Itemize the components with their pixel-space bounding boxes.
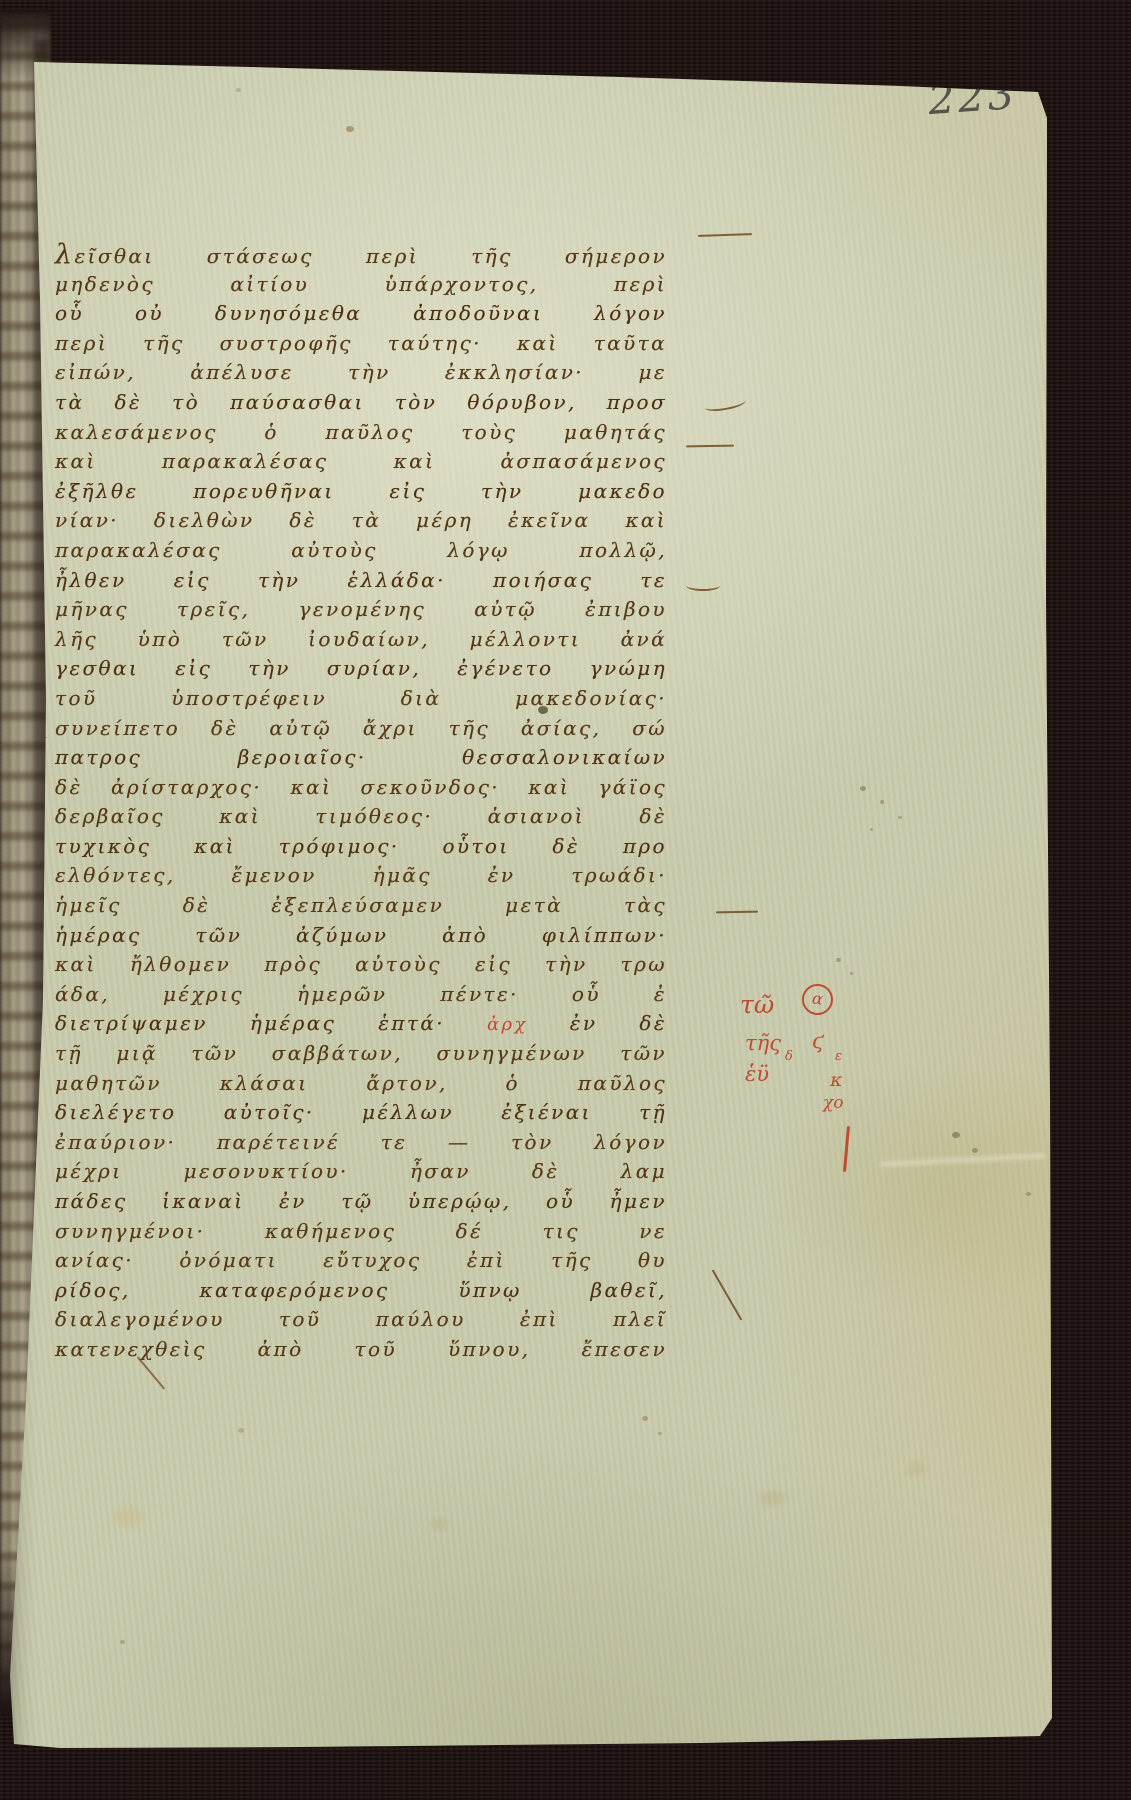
line-text: μέχρι μεσονυκτίου· ἦσαν δὲ λαμ xyxy=(55,1159,667,1183)
stain-spot xyxy=(120,1640,125,1644)
line-text: νίαν· διελθὼν δὲ τὰ μέρη ἐκεῖνα καὶ xyxy=(55,508,667,532)
lection-note-word: χο xyxy=(823,1095,844,1112)
stain-spot xyxy=(850,972,853,975)
lection-note-word: τῶ xyxy=(740,992,774,1017)
line-text: ἐν δὲ xyxy=(570,1011,667,1035)
line-text: μῆνας τρεῖς, γενομένης αὐτῷ ἐπιβου xyxy=(55,597,667,621)
manuscript-line: ἐξῆλθε πορευθῆναι εἰς τὴν μακεδο xyxy=(55,477,667,507)
stain-spot xyxy=(870,828,873,831)
manuscript-line: μέχρι μεσονυκτίου· ἦσαν δὲ λαμ xyxy=(55,1157,667,1187)
manuscript-line: λεῖσθαι στάσεως περὶ τῆς σήμερον xyxy=(55,240,667,270)
line-text: ἡμέρας τῶν ἀζύμων ἀπὸ φιλίππων· xyxy=(55,923,667,947)
manuscript-line: τῇ μιᾷ τῶν σαββάτων, συνηγμένων τῶν xyxy=(55,1039,667,1069)
lection-note-word: ϛ xyxy=(812,1031,824,1052)
manuscript-line: δὲ ἀρίσταρχος· καὶ σεκοῦνδος· καὶ γάϊος xyxy=(55,773,667,803)
manuscript-line: διετρίψαμεν ἡμέρας ἑπτά· ἀρχ ἐν δὲ xyxy=(55,1009,667,1039)
pen-flourish xyxy=(703,394,746,413)
manuscript-line: μῆνας τρεῖς, γενομένης αὐτῷ ἐπιβου xyxy=(55,595,667,625)
line-text: συνηγμένοι· καθήμενος δέ τις νε xyxy=(55,1219,667,1243)
lection-note-word: κ xyxy=(830,1071,842,1090)
line-text: δὲ ἀρίσταρχος· καὶ σεκοῦνδος· καὶ γάϊος xyxy=(55,775,667,799)
parchment-crease xyxy=(880,1154,1045,1167)
line-text: καὶ ἤλθομεν πρὸς αὐτοὺς εἰς τὴν τρω xyxy=(55,952,667,976)
line-text: καλεσάμενος ὁ παῦλος τοὺς μαθητάς xyxy=(55,420,667,444)
stain-spot xyxy=(880,800,884,804)
manuscript-line: ἐπαύριον· παρέτεινέ τε — τὸν λόγον xyxy=(55,1128,667,1158)
line-text: συνείπετο δὲ αὐτῷ ἄχρι τῆς ἀσίας, σώ xyxy=(55,716,667,740)
stain-spot xyxy=(898,816,902,819)
line-text: λῆς ὑπὸ τῶν ἰουδαίων, μέλλοντι ἀνά xyxy=(55,627,667,651)
stain-spot xyxy=(346,126,354,132)
stain-spot xyxy=(972,1148,978,1153)
pen-flourish xyxy=(686,580,720,591)
pen-flourish xyxy=(686,445,734,448)
manuscript-line: τυχικὸς καὶ τρόφιμος· οὗτοι δὲ προ xyxy=(55,832,667,862)
manuscript-line: άδα, μέχρις ἡμερῶν πέντε· οὗ ἐ xyxy=(55,980,667,1010)
manuscript-line: πάδες ἱκαναὶ ἐν τῷ ὑπερῴῳ, οὗ ἦμεν xyxy=(55,1187,667,1217)
line-text: παρακαλέσας αὐτοὺς λόγῳ πολλῷ, xyxy=(55,538,667,562)
line-text: γεσθαι εἰς τὴν συρίαν, ἐγένετο γνώμη xyxy=(55,656,667,680)
parchment-leaf: 223 λεῖσθαι στάσεως περὶ τῆς σήμερονμηδε… xyxy=(0,0,1131,1800)
manuscript-line: οὗ οὐ δυνησόμεθα ἀποδοῦναι λόγον xyxy=(55,299,667,329)
stain-spot xyxy=(236,88,241,92)
manuscript-line: καλεσάμενος ὁ παῦλος τοὺς μαθητάς xyxy=(55,418,667,448)
manuscript-line: τοῦ ὑποστρέφειν διὰ μακεδονίας· xyxy=(55,684,667,714)
manuscript-line: διαλεγομένου τοῦ παύλου ἐπὶ πλεῖ xyxy=(55,1305,667,1335)
stain-spot xyxy=(906,1462,926,1476)
line-text: δερβαῖος καὶ τιμόθεος· ἀσιανοὶ δὲ xyxy=(55,804,667,828)
line-text: ελθόντες, ἔμενον ἡμᾶς ἐν τρωάδι· xyxy=(55,863,667,887)
pen-flourish xyxy=(712,1269,743,1320)
text-block: λεῖσθαι στάσεως περὶ τῆς σήμερονμηδενὸς … xyxy=(55,240,667,1365)
line-text: ἦλθεν εἰς τὴν ἑλλάδα· ποιήσας τε xyxy=(55,568,667,592)
lection-note-word: ἑϋ xyxy=(745,1064,769,1085)
line-text: πατρος βεροιαῖος· θεσσαλονικαίων xyxy=(55,745,667,769)
line-text: κατενεχθεὶς ἀπὸ τοῦ ὕπνου, ἔπεσεν xyxy=(55,1337,667,1361)
line-text: μηδενὸς αἰτίου ὑπάρχοντος, περὶ xyxy=(55,272,667,296)
line-text: διαλεγομένου τοῦ παύλου ἐπὶ πλεῖ xyxy=(55,1307,667,1331)
manuscript-line: νίαν· διελθὼν δὲ τὰ μέρη ἐκεῖνα καὶ xyxy=(55,506,667,536)
manuscript-line: ἦλθεν εἰς τὴν ἑλλάδα· ποιήσας τε xyxy=(55,566,667,596)
stain-spot xyxy=(430,1518,448,1530)
lection-note-word: ε xyxy=(835,1050,842,1063)
stain-spot xyxy=(836,958,841,962)
line-text: πάδες ἱκαναὶ ἐν τῷ ὑπερῴῳ, οὗ ἦμεν xyxy=(55,1189,667,1213)
pen-flourish xyxy=(716,911,758,914)
manuscript-line: ελθόντες, ἔμενον ἡμᾶς ἐν τρωάδι· xyxy=(55,861,667,891)
manuscript-line: περὶ τῆς συστροφῆς ταύτης· καὶ ταῦτα xyxy=(55,329,667,359)
line-text: ἐπαύριον· παρέτεινέ τε — τὸν λόγον xyxy=(55,1130,667,1154)
manuscript-line: μηδενὸς αἰτίου ὑπάρχοντος, περὶ xyxy=(55,270,667,300)
manuscript-line: δερβαῖος καὶ τιμόθεος· ἀσιανοὶ δὲ xyxy=(55,802,667,832)
stain-spot xyxy=(642,1416,648,1421)
manuscript-line: εἰπών, ἀπέλυσε τὴν ἐκκλησίαν· με xyxy=(55,358,667,388)
manuscript-line: τὰ δὲ τὸ παύσασθαι τὸν θόρυβον, προσ xyxy=(55,388,667,418)
line-text: διελέγετο αὐτοῖς· μέλλων ἐξιέναι τῇ xyxy=(55,1100,667,1124)
line-text: άδα, μέχρις ἡμερῶν πέντε· οὗ ἐ xyxy=(55,982,667,1006)
manuscript-line: ἡμέρας τῶν ἀζύμων ἀπὸ φιλίππων· xyxy=(55,921,667,951)
line-text: ρίδος, καταφερόμενος ὕπνῳ βαθεῖ, xyxy=(55,1278,667,1302)
line-text: τοῦ ὑποστρέφειν διὰ μακεδονίας· xyxy=(55,686,667,710)
stain-spot xyxy=(114,1506,144,1528)
stain-spot xyxy=(760,1490,786,1506)
lection-note-stroke xyxy=(843,1126,850,1172)
manuscript-line: καὶ παρακαλέσας καὶ ἀσπασάμενος xyxy=(55,447,667,477)
manuscript-line: συνείπετο δὲ αὐτῷ ἄχρι τῆς ἀσίας, σώ xyxy=(55,714,667,744)
stain-spot xyxy=(1026,1192,1031,1196)
line-text: εἰπών, ἀπέλυσε τὴν ἐκκλησίαν· με xyxy=(55,360,667,384)
line-text: καὶ παρακαλέσας καὶ ἀσπασάμενος xyxy=(55,449,667,473)
manuscript-line: διελέγετο αὐτοῖς· μέλλων ἐξιέναι τῇ xyxy=(55,1098,667,1128)
manuscript-line: καὶ ἤλθομεν πρὸς αὐτοὺς εἰς τὴν τρω xyxy=(55,950,667,980)
manuscript-line: ανίας· ὀνόματι εὔτυχος ἐπὶ τῆς θυ xyxy=(55,1246,667,1276)
folio-number: 223 xyxy=(926,69,1019,124)
line-text: τῇ μιᾷ τῶν σαββάτων, συνηγμένων τῶν xyxy=(55,1041,667,1065)
manuscript-line: κατενεχθεὶς ἀπὸ τοῦ ὕπνου, ἔπεσεν xyxy=(55,1335,667,1365)
stain-spot xyxy=(658,1432,662,1435)
line-text: ανίας· ὀνόματι εὔτυχος ἐπὶ τῆς θυ xyxy=(55,1248,667,1272)
stain-spot xyxy=(860,786,866,791)
inline-rubric: ἀρχ xyxy=(487,1014,528,1035)
stain-spot xyxy=(952,1132,960,1138)
manuscript-line: μαθητῶν κλάσαι ἄρτον, ὁ παῦλος xyxy=(55,1069,667,1099)
line-text: τὰ δὲ τὸ παύσασθαι τὸν θόρυβον, προσ xyxy=(55,390,667,414)
lection-note-word: δ xyxy=(785,1050,793,1063)
line-text: μαθητῶν κλάσαι ἄρτον, ὁ παῦλος xyxy=(55,1071,667,1095)
line-text: οὗ οὐ δυνησόμεθα ἀποδοῦναι λόγον xyxy=(55,301,667,325)
stain-spot xyxy=(238,1428,244,1433)
line-text: διετρίψαμεν ἡμέρας ἑπτά· xyxy=(55,1011,445,1035)
line-text: ἡμεῖς δὲ ἐξεπλεύσαμεν μετὰ τὰς xyxy=(55,893,667,917)
pen-flourish xyxy=(698,233,752,237)
manuscript-line: ἡμεῖς δὲ ἐξεπλεύσαμεν μετὰ τὰς xyxy=(55,891,667,921)
manuscript-line: ρίδος, καταφερόμενος ὕπνῳ βαθεῖ, xyxy=(55,1276,667,1306)
manuscript-line: παρακαλέσας αὐτοὺς λόγῳ πολλῷ, xyxy=(55,536,667,566)
line-text: ἐξῆλθε πορευθῆναι εἰς τὴν μακεδο xyxy=(55,479,667,503)
line-text: λεῖσθαι στάσεως περὶ τῆς σήμερον xyxy=(55,244,667,268)
manuscript-line: λῆς ὑπὸ τῶν ἰουδαίων, μέλλοντι ἀνά xyxy=(55,625,667,655)
manuscript-line: πατρος βεροιαῖος· θεσσαλονικαίων xyxy=(55,743,667,773)
manuscript-line: συνηγμένοι· καθήμενος δέ τις νε xyxy=(55,1217,667,1247)
line-text: τυχικὸς καὶ τρόφιμος· οὗτοι δὲ προ xyxy=(55,834,667,858)
manuscript-line: γεσθαι εἰς τὴν συρίαν, ἐγένετο γνώμη xyxy=(55,654,667,684)
lection-note-circle: α xyxy=(800,982,835,1017)
manuscript-photo: 223 λεῖσθαι στάσεως περὶ τῆς σήμερονμηδε… xyxy=(0,0,1131,1800)
lection-note-word: τῆς xyxy=(745,1033,781,1054)
line-text: περὶ τῆς συστροφῆς ταύτης· καὶ ταῦτα xyxy=(55,331,667,355)
